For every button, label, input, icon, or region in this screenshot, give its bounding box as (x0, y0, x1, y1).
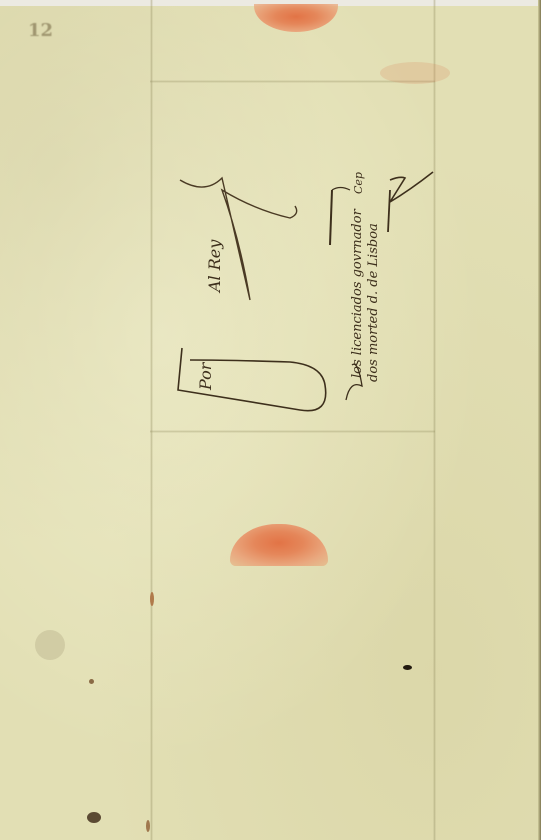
address-recipient: Al Rey (205, 240, 224, 292)
handwriting-flourishes (0, 0, 541, 840)
address-suffix: Cep (352, 172, 365, 194)
address-line-2: dos morted d. de Lisboa (366, 223, 381, 382)
address-heading: Por (196, 363, 215, 390)
address-line-1: los licenciados govrnador (350, 209, 365, 378)
manuscript-page: 12 Por Al Rey los licenciados govrnador … (0, 0, 541, 840)
